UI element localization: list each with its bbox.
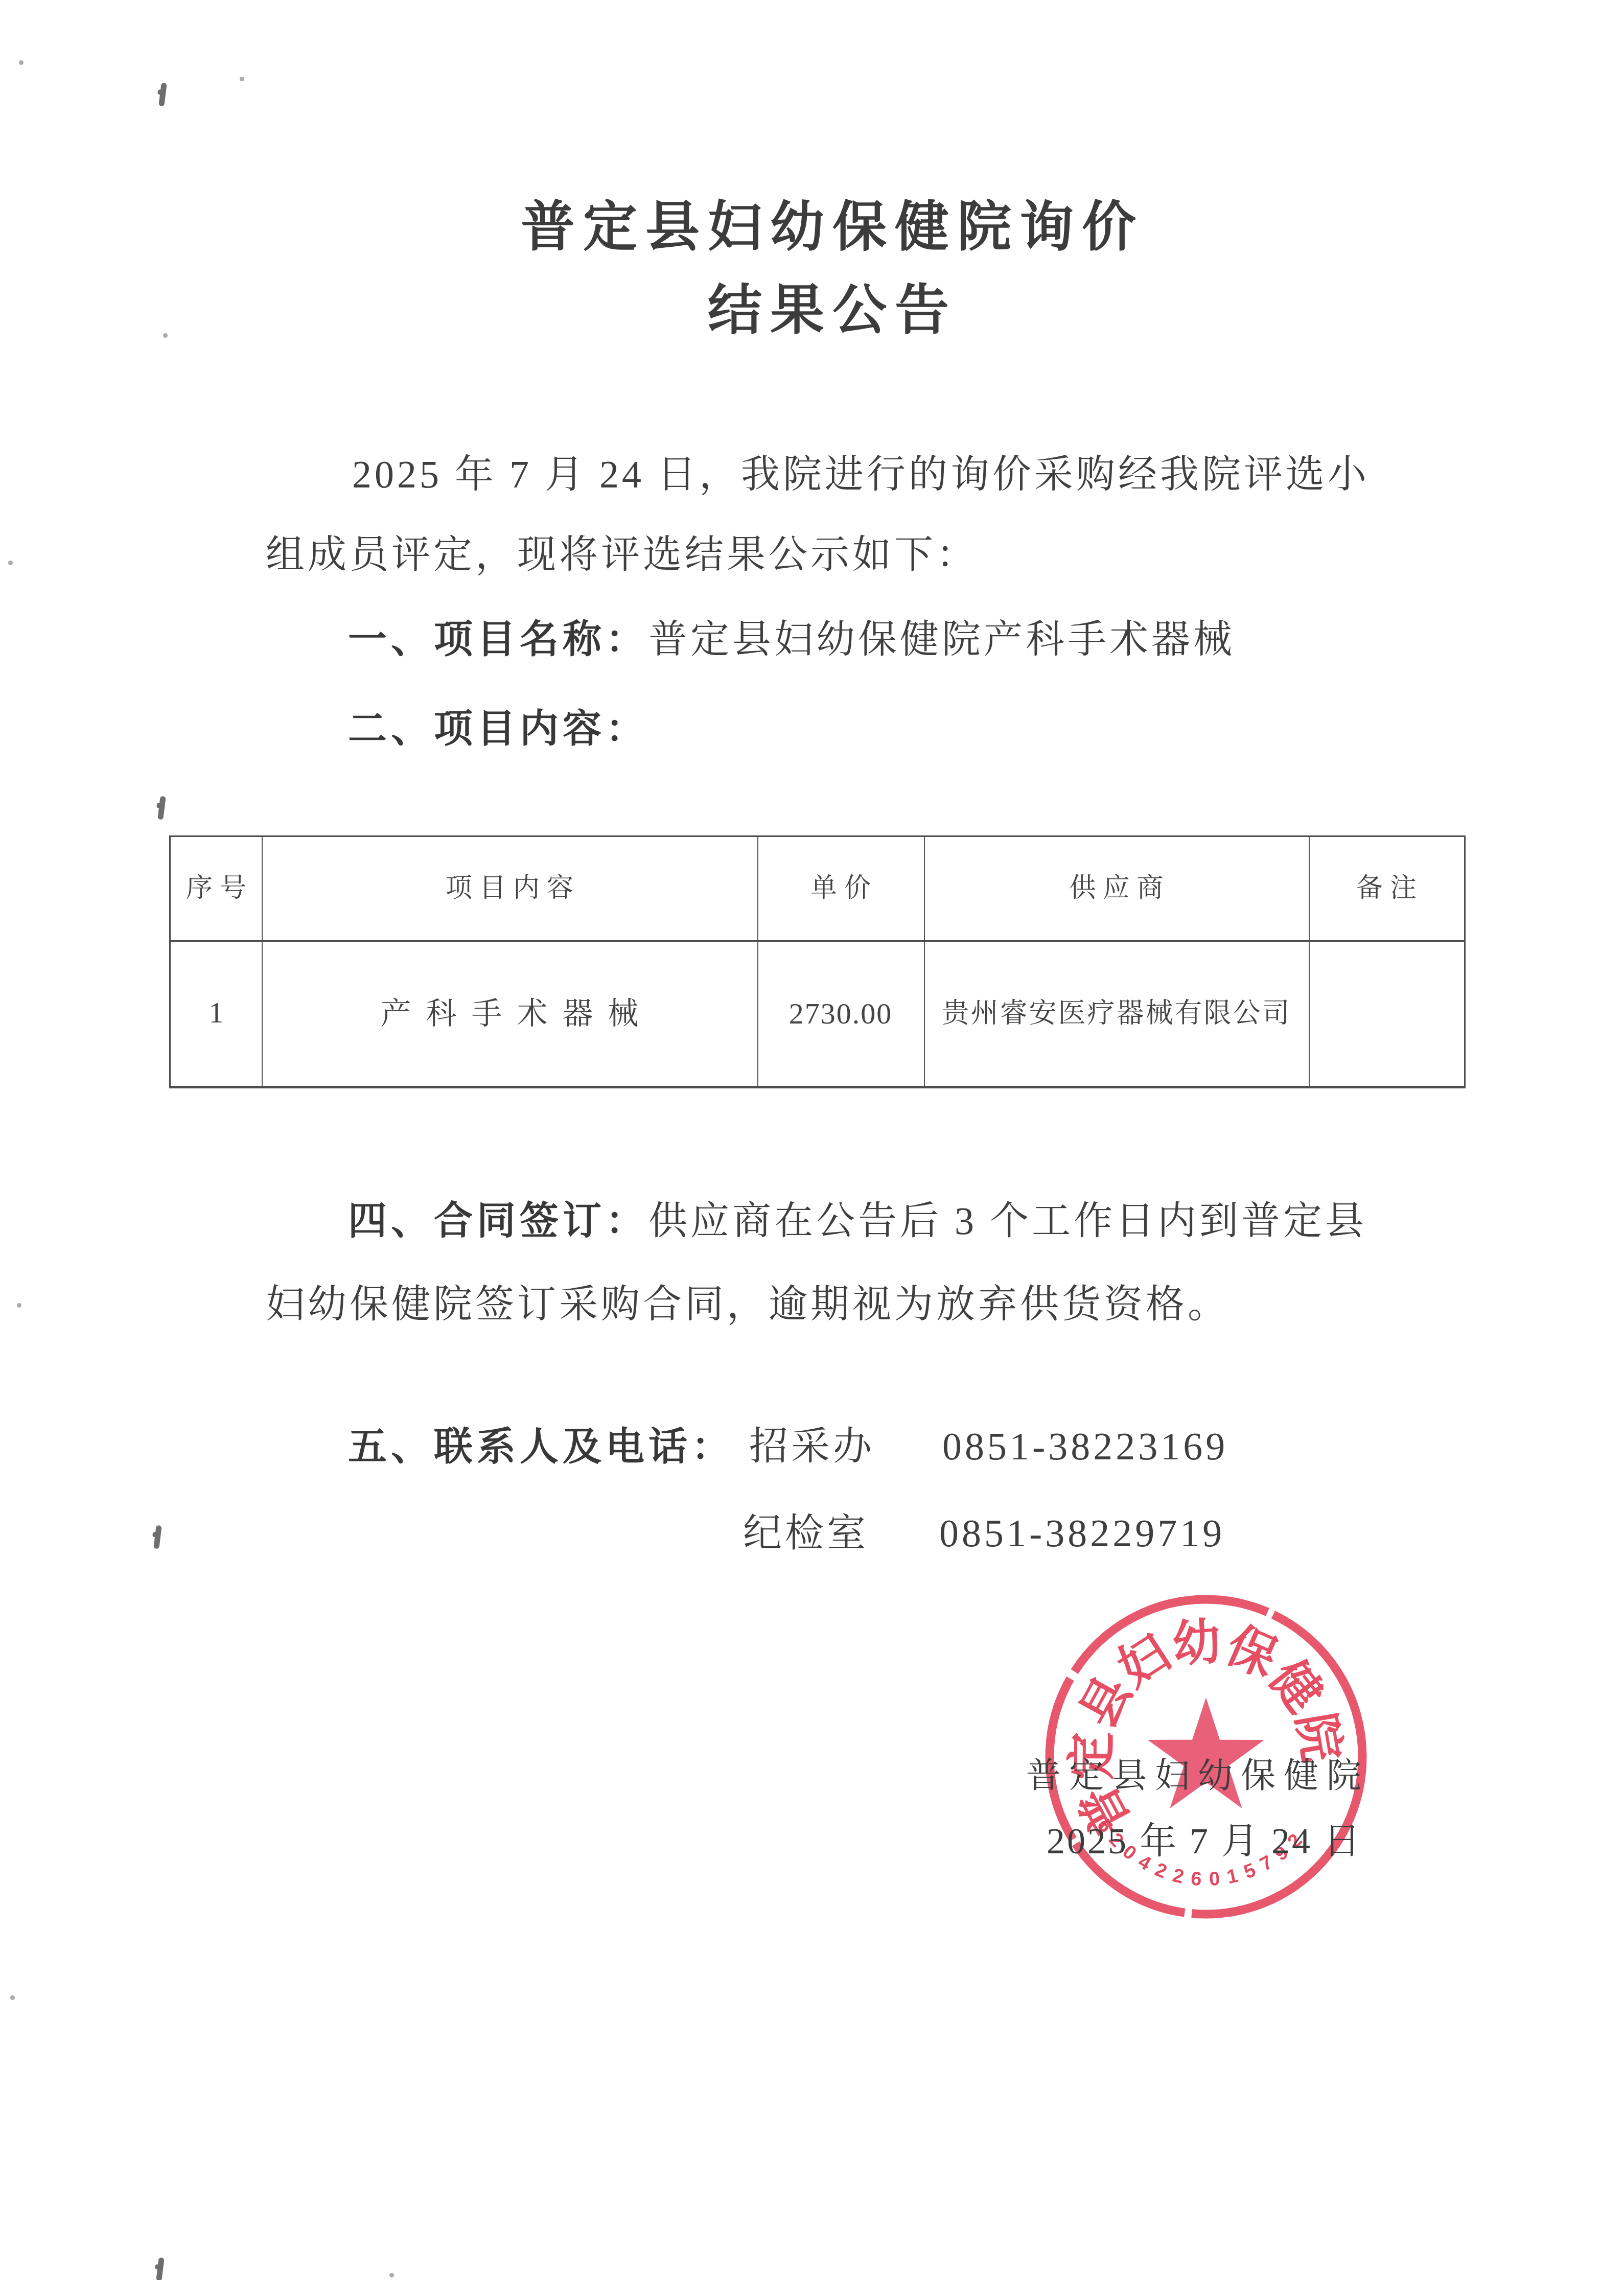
table-cell-supplier: 贵州睿安医疗器械有限公司: [924, 940, 1309, 1087]
scan-artifact: [158, 83, 167, 107]
results-table: 序号 项目内容 单价 供应商 备注 1 产科手术器械 2730.00 贵州睿安医…: [169, 835, 1466, 1088]
table-header-price: 单价: [757, 837, 924, 940]
section-project-name-text: 普定县妇幼保健院产科手术器械: [648, 618, 1235, 661]
table-header-content: 项目内容: [262, 837, 757, 940]
table-cell-note: [1309, 940, 1464, 1087]
scan-speck: [389, 2273, 394, 2277]
scan-artifact: [156, 2258, 165, 2280]
signature-organization: 普定县妇幼保健院: [1026, 1757, 1370, 1795]
section-contract-line-2: 妇幼保健院签订采购合同，逾期视为放弃供货资格。: [266, 1284, 1229, 1327]
table-header-note: 备注: [1309, 837, 1464, 940]
section-contacts-line-1: 五、联系人及电话： 招采办 0851-38223169: [0, 1426, 1624, 1472]
scan-artifact: [157, 796, 166, 820]
scan-speck: [8, 561, 13, 565]
section-project-name-label: 一、项目名称：: [348, 618, 648, 661]
table-cell-no: 1: [171, 940, 262, 1087]
scan-speck: [240, 77, 244, 81]
scanned-document-page: 普定县妇幼保健院询价 结果公告 2025 年 7 月 24 日，我院进行的询价采…: [0, 0, 1624, 2280]
table-header-no: 序号: [171, 837, 262, 940]
scan-speck: [17, 1303, 21, 1308]
scan-speck: [10, 1995, 15, 2000]
section-contract-label: 四、合同签订：: [348, 1199, 648, 1243]
contact2-name: 纪检室: [743, 1513, 869, 1555]
table-cell-content: 产科手术器械: [262, 940, 757, 1087]
scan-speck: [163, 333, 168, 338]
section-contacts-label: 五、联系人及电话：: [348, 1426, 734, 1469]
intro-paragraph-line-1: 2025 年 7 月 24 日，我院进行的询价采购经我院评选小: [352, 454, 1370, 497]
section-contacts-line-2: 纪检室 0851-38229719: [0, 1513, 1624, 1558]
contact1-name: 招采办: [749, 1426, 875, 1469]
section-project-content-label: 二、项目内容：: [348, 707, 648, 751]
contact2-phone: 0851-38229719: [939, 1513, 1225, 1555]
scan-speck: [19, 60, 24, 65]
section-project-content: 二、项目内容：: [348, 708, 648, 751]
section-contract-text: 供应商在公告后 3 个工作日内到普定县: [648, 1200, 1367, 1243]
table-header-supplier: 供应商: [924, 837, 1309, 940]
section-contract-line-1: 四、合同签订：供应商在公告后 3 个工作日内到普定县: [348, 1200, 1367, 1243]
signature-date: 2025 年 7 月 24 日: [1047, 1821, 1362, 1862]
document-title-line-2: 结果公告: [708, 281, 957, 340]
table-cell-price: 2730.00: [757, 940, 924, 1087]
section-project-name: 一、项目名称：普定县妇幼保健院产科手术器械: [348, 618, 1235, 662]
contact1-phone: 0851-38223169: [942, 1426, 1228, 1469]
intro-paragraph-line-2: 组成员评定，现将评选结果公示如下：: [266, 534, 978, 577]
document-title-line-1: 普定县妇幼保健院询价: [521, 197, 1144, 257]
